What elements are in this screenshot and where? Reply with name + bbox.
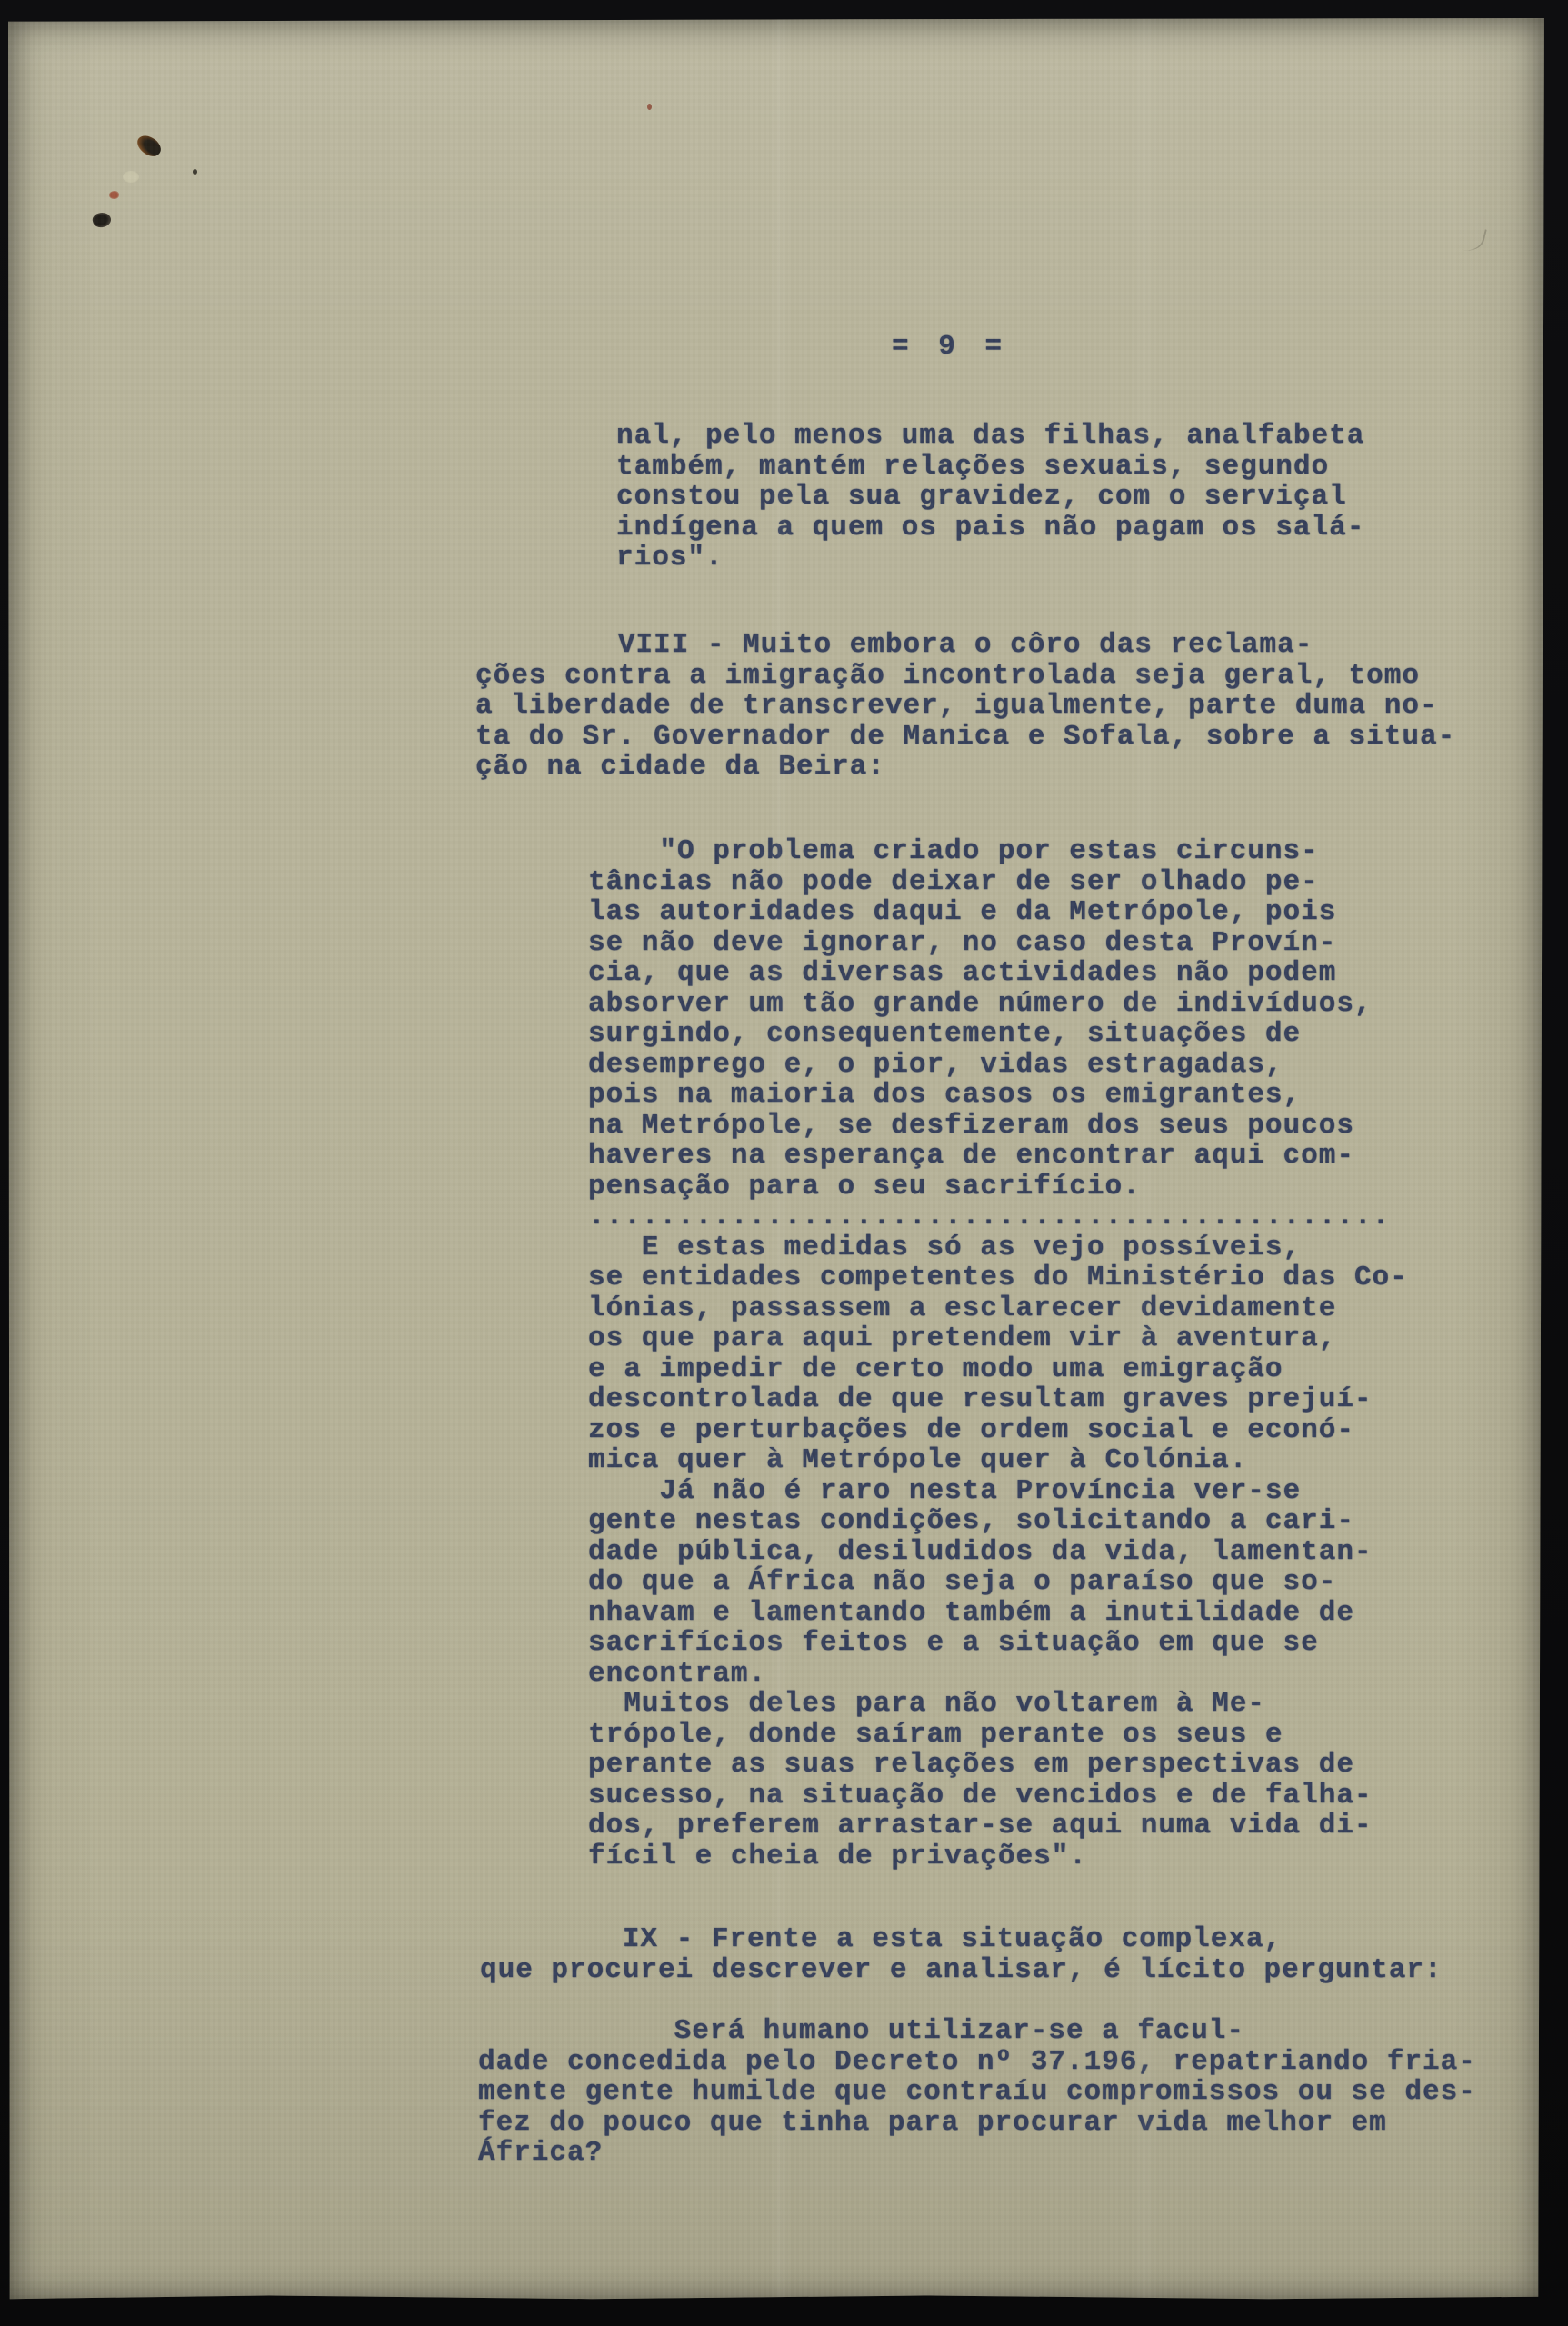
ink-blot-stain (134, 131, 165, 160)
quote-continuation-block: nal, pelo menos uma das filhas, analfabe… (616, 421, 1364, 574)
paper-pale-stain (123, 171, 139, 183)
dust-dot (193, 169, 197, 175)
faint-pencil-mark (1449, 222, 1487, 255)
document-page: = 9 = nal, pelo menos uma das filhas, an… (8, 18, 1544, 2302)
section-viii-paragraph: VIII - Muito embora o côro das reclama- … (475, 630, 1455, 783)
red-speck (109, 191, 119, 199)
section-ix-paragraph: IX - Frente a esta situação complexa, qu… (480, 1924, 1443, 1985)
small-red-dot (647, 104, 652, 110)
governor-quote-paragraph-2: E estas medidas só as vejo possíveis, se… (588, 1233, 1408, 1476)
governor-quote-block: "O problema criado por estas circuns- tâ… (588, 836, 1408, 1872)
governor-quote-paragraph-1: "O problema criado por estas circuns- tâ… (588, 836, 1408, 1202)
governor-quote-paragraph-4: Muitos deles para não voltarem à Me- tró… (588, 1689, 1408, 1872)
page-number: = 9 = (864, 332, 1036, 363)
ellipsis-separator: ........................................… (588, 1202, 1408, 1233)
closing-question-paragraph: Será humano utilizar-se a facul- dade co… (478, 2016, 1476, 2169)
governor-quote-paragraph-3: Já não é raro nesta Província ver-se gen… (588, 1476, 1408, 1690)
dark-ink-speck (91, 211, 112, 230)
